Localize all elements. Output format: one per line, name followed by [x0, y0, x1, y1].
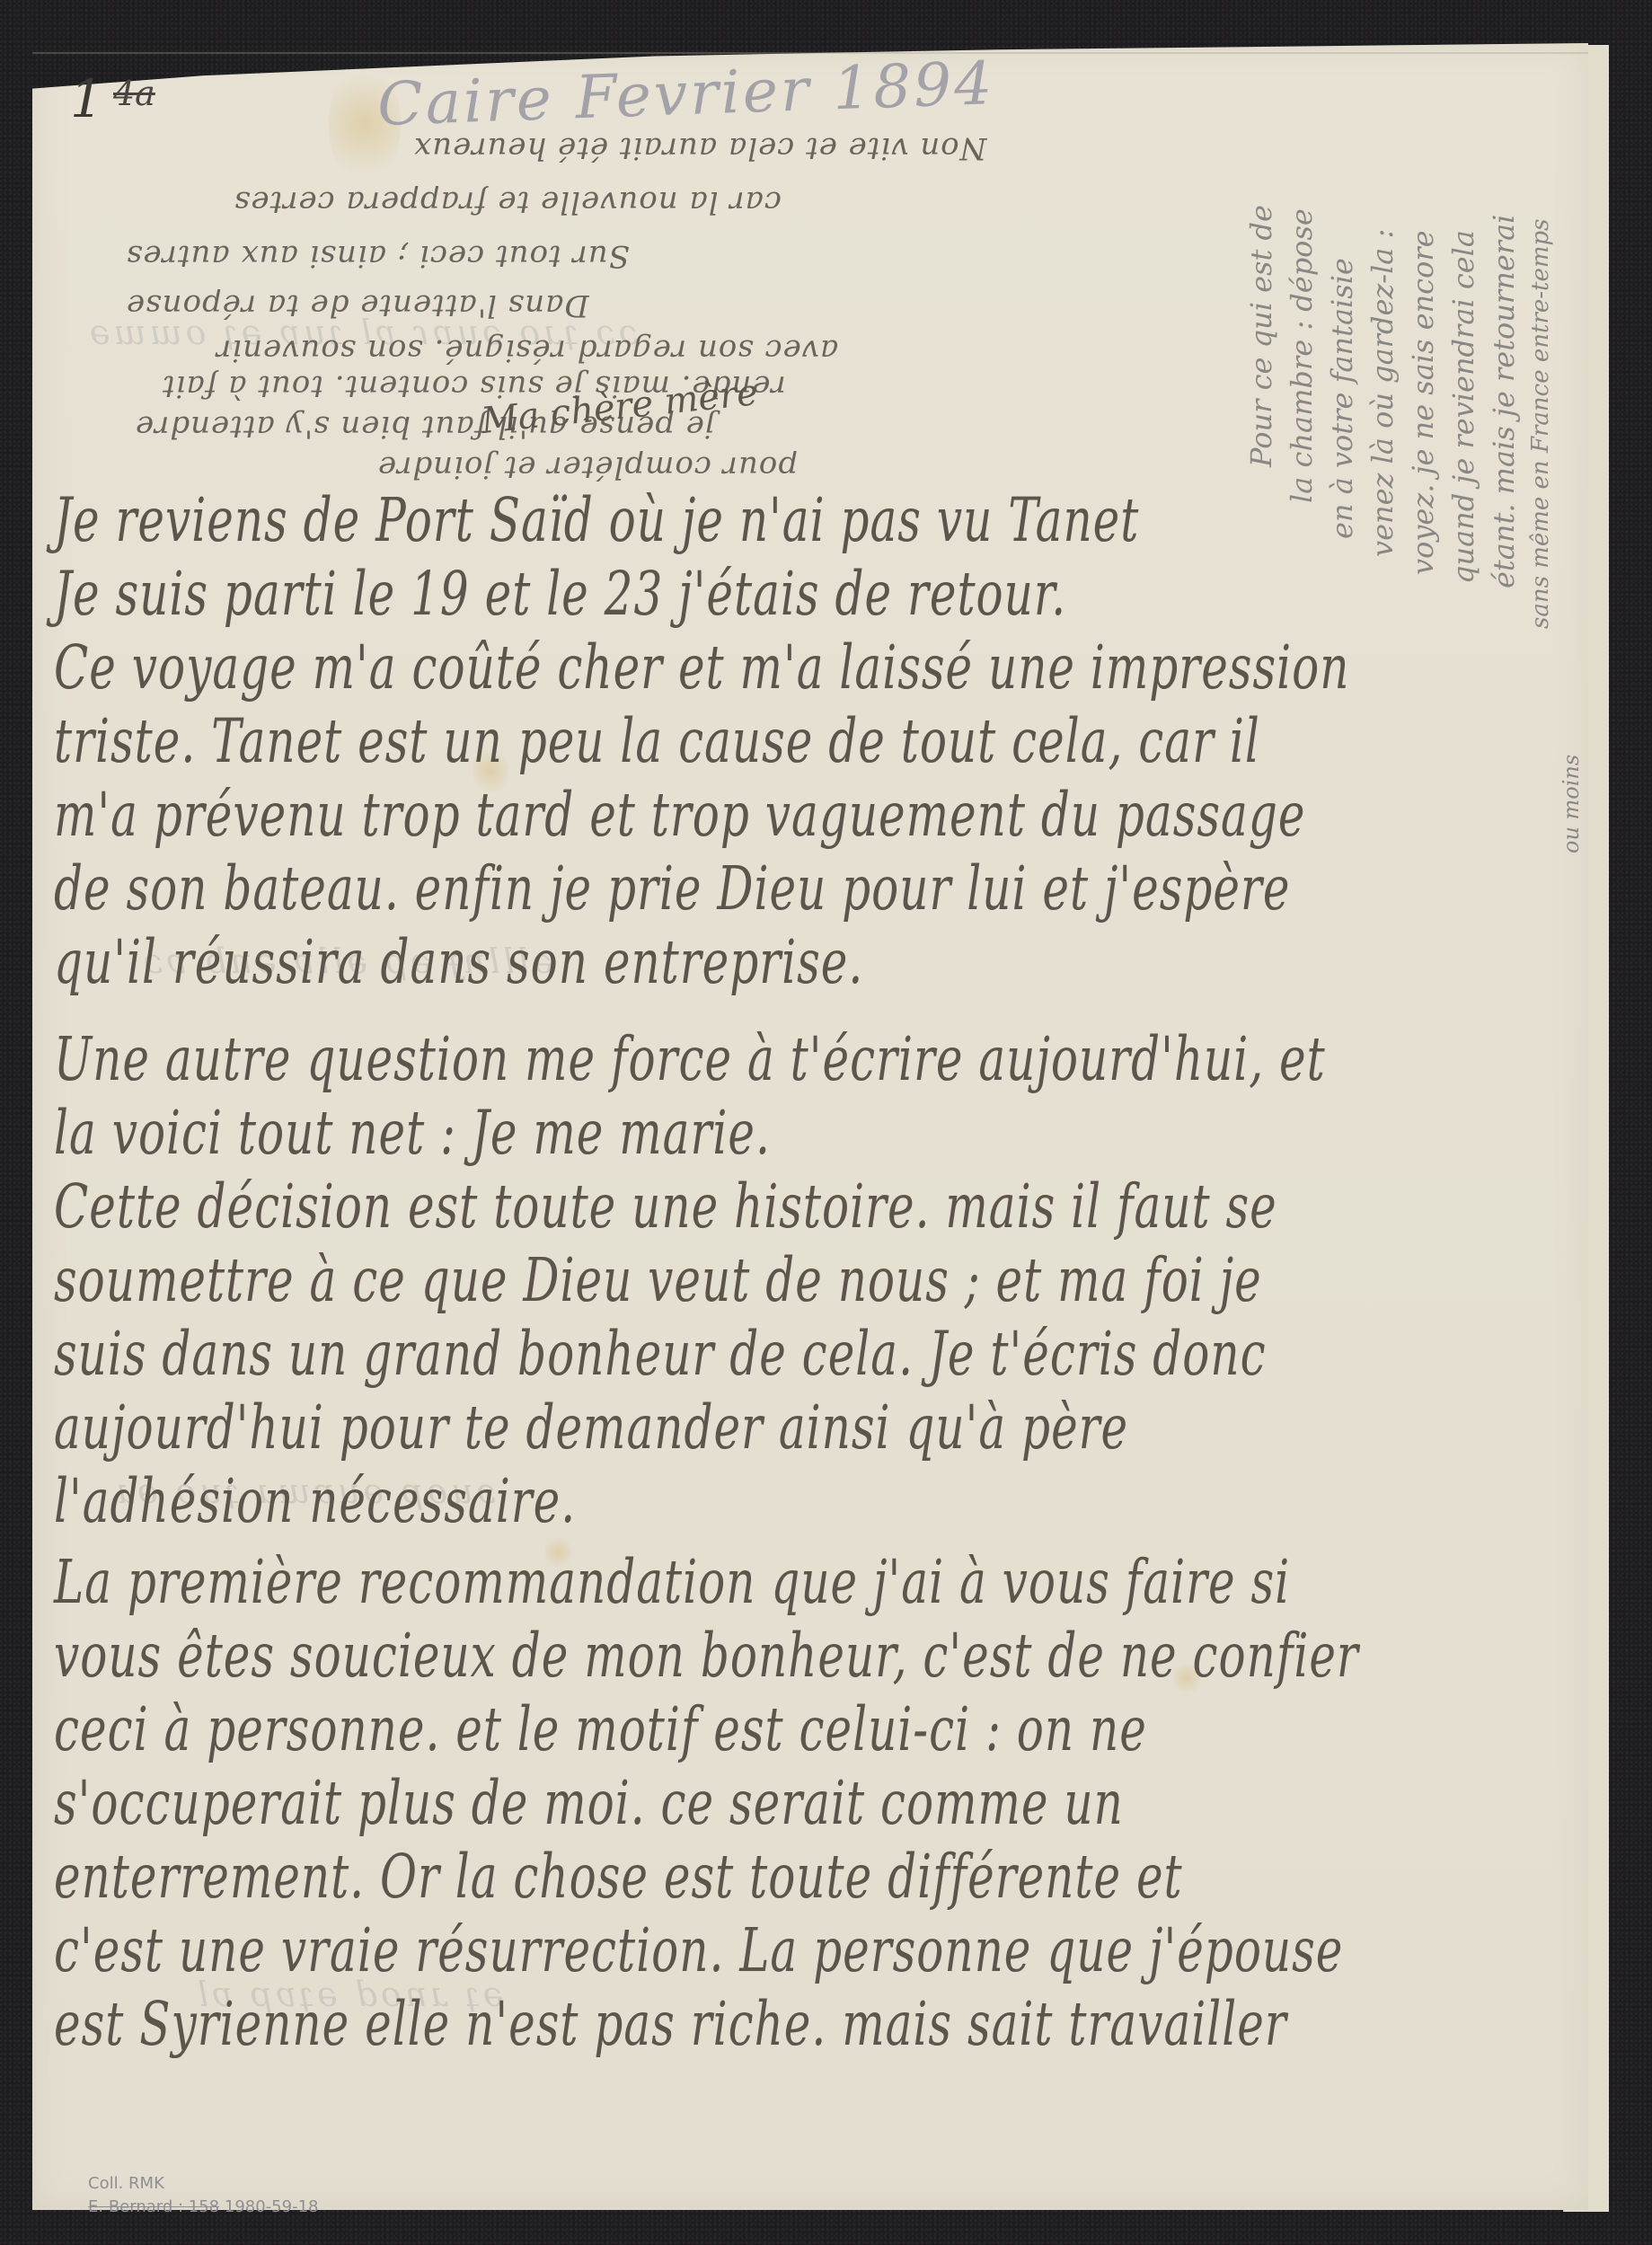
- body-line: qu'il réussira dans son entreprise.: [54, 927, 863, 997]
- body-line: ceci à personne. et le motif est celui-c…: [54, 1694, 1147, 1764]
- body-line: Cette décision est toute une histoire. m…: [54, 1171, 1277, 1242]
- body-line: triste. Tanet est un peu la cause de tou…: [54, 706, 1260, 776]
- body-line: suis dans un grand bonheur de cela. Je t…: [54, 1319, 1267, 1389]
- body-line: aujourd'hui pour te demander ainsi qu'à …: [54, 1392, 1128, 1463]
- body-line: La première recommandation que j'ai à vo…: [54, 1547, 1290, 1617]
- margin-line: sans même en France entre-temps: [1527, 218, 1554, 629]
- body-line: Je suis parti le 19 et le 23 j'étais de …: [54, 559, 1066, 629]
- upside-line: pour compléter et joindre: [377, 449, 798, 485]
- body-line: soumettre à ce que Dieu veut de nous ; e…: [54, 1245, 1262, 1315]
- upside-line: Sur tout ceci ; ainsi aux autres: [126, 238, 630, 274]
- upside-line: avec son regard résigné. son souvenir: [216, 332, 838, 368]
- body-line: s'occuperait plus de moi. ce serait comm…: [54, 1768, 1124, 1838]
- margin-line: la chambre : dépose: [1285, 208, 1319, 503]
- upside-line: Non vite et cela aurait été heureux: [413, 130, 986, 166]
- margin-line: étant. mais je retournerai: [1487, 215, 1521, 588]
- page-number: 1: [70, 68, 103, 129]
- accession-number: 1980-59-18: [225, 2197, 319, 2216]
- body-line: Je reviens de Port Saïd où je n'ai pas v…: [54, 485, 1139, 555]
- struck-page-number: 4a: [113, 74, 155, 113]
- body-line: de son bateau. enfin je prie Dieu pour l…: [54, 853, 1291, 924]
- body-line: m'a prévenu trop tard et trop vaguement …: [54, 780, 1305, 850]
- archive-collection-mark: Coll. RMK: [88, 2174, 164, 2193]
- margin-line: ou moins: [1559, 755, 1584, 853]
- body-line: vous êtes soucieux de mon bonheur, c'est…: [54, 1621, 1359, 1691]
- body-line: la voici tout net : Je me marie.: [54, 1098, 771, 1168]
- body-line: Ce voyage m'a coûté cher et m'a laissé u…: [54, 632, 1349, 703]
- margin-line: quand je reviendrai cela: [1446, 230, 1480, 584]
- archive-accession-mark: E. Bernard : 158 1980-59-18: [88, 2197, 318, 2216]
- margin-line: voyez. je ne sais encore: [1406, 230, 1440, 575]
- body-line: est Syrienne elle n'est pas riche. mais …: [54, 1989, 1287, 2059]
- margin-line: venez là où gardez-la :: [1365, 229, 1400, 557]
- fold-crease: [32, 52, 1588, 54]
- margin-line: Pour ce qui est de: [1244, 205, 1278, 467]
- body-line: enterrement. Or la chose est toute diffé…: [54, 1842, 1183, 1912]
- body-line: c'est une vraie résurrection. La personn…: [54, 1915, 1343, 1985]
- upside-line: car la nouvelle te frappera certes: [234, 184, 782, 220]
- struck-reference: E. Bernard : 158: [88, 2197, 219, 2216]
- margin-line: en à votre fantaisie: [1325, 258, 1359, 539]
- body-line: Une autre question me force à t'écrire a…: [54, 1024, 1326, 1094]
- upside-line: Dans l'attente de ta réponse: [126, 287, 589, 323]
- body-line: l'adhésion nécessaire.: [54, 1466, 576, 1536]
